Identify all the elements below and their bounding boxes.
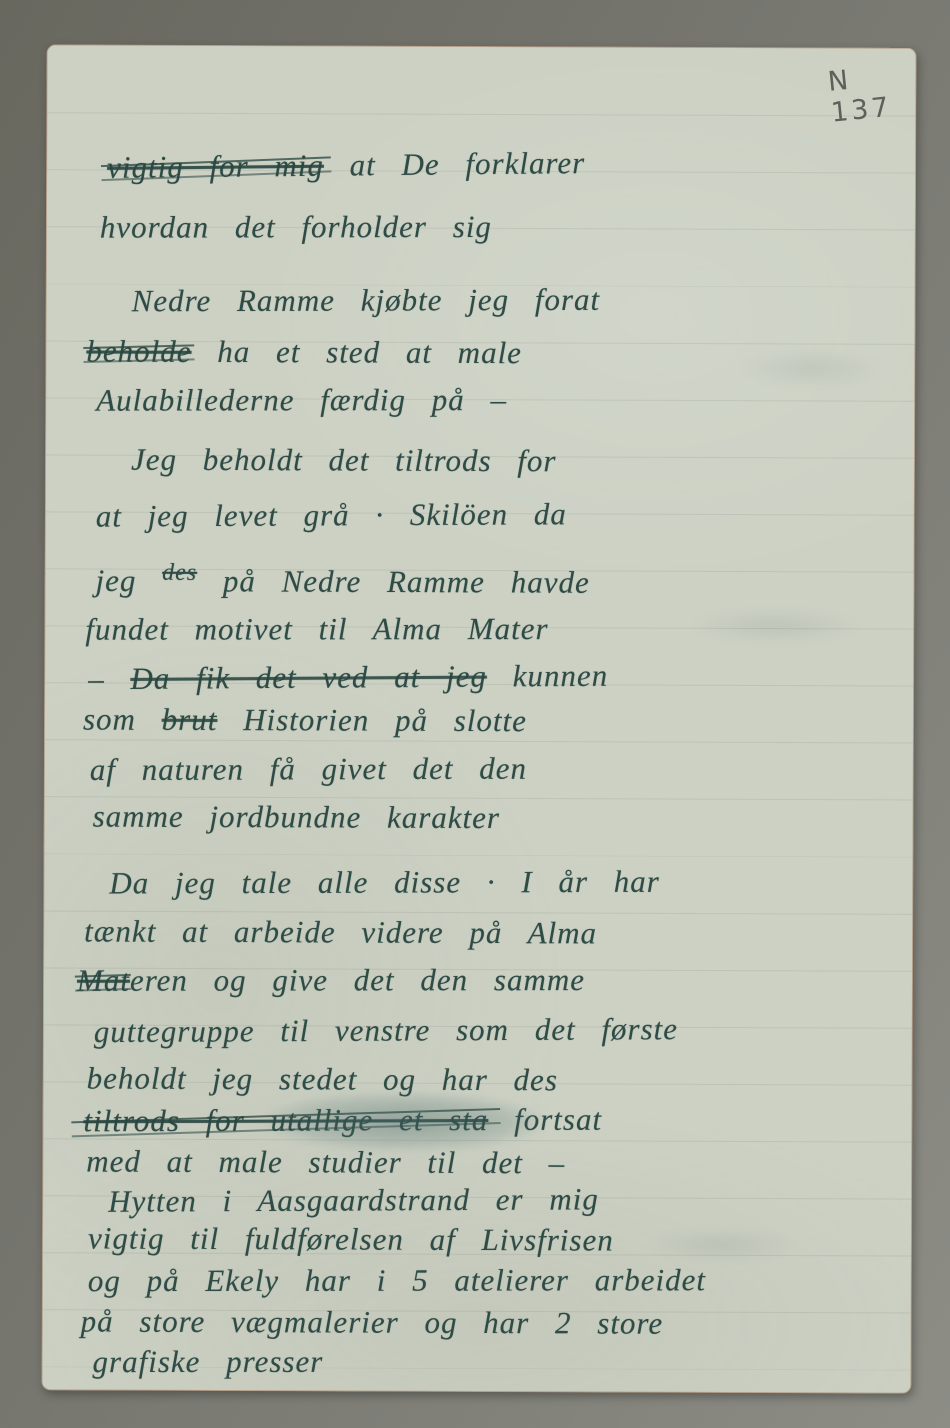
manuscript-line: Aulabillederne færdig på – [96, 384, 507, 416]
handwriting-segment: Da jeg tale alle disse · I år har [109, 864, 660, 901]
handwriting-segment: vigtig til fuldførelsen af Livsfrisen [88, 1221, 614, 1258]
handwriting-segment: eren og give det den samme [130, 962, 585, 998]
manuscript-line: at jeg levet grå · Skilöen da [96, 498, 567, 531]
handwriting-segment: ha et sted at male [191, 334, 522, 370]
manuscript-line: tiltrods for utallige et sta fortsat [83, 1104, 602, 1137]
handwriting-segment: på Nedre Ramme havde [197, 563, 590, 600]
handwriting-segment: som [83, 701, 162, 736]
manuscript-line: guttegruppe til venstre som det første [94, 1013, 678, 1047]
manuscript-text: vigtig for mig at De forklarerhvordan de… [48, 45, 916, 48]
manuscript-line: vigtig til fuldførelsen af Livsfrisen [88, 1223, 614, 1256]
ink-showthrough [643, 1228, 803, 1263]
handwriting-segment: grafiske presser [93, 1344, 324, 1379]
manuscript-line: grafiske presser [93, 1346, 324, 1377]
handwriting-segment: hvordan det forholder sig [100, 209, 492, 245]
handwriting-segment: af naturen få givet det den [90, 751, 527, 787]
handwriting-segment: fundet motivet til Alma Mater [85, 611, 548, 647]
handwriting-segment: fortsat [488, 1102, 602, 1137]
manuscript-line: Nedre Ramme kjøbte jeg forat [132, 284, 601, 316]
handwriting-segment: tænkt at arbeide videre på Alma [84, 913, 597, 950]
ink-showthrough [736, 348, 886, 389]
manuscript-line: vigtig for mig at De forklarer [107, 147, 585, 183]
handwriting-segment: guttegruppe til venstre som det første [94, 1011, 678, 1049]
handwriting-segment: Nedre Ramme kjøbte jeg forat [132, 282, 601, 318]
manuscript-line: Hytten i Aasgaardstrand er mig [108, 1183, 599, 1216]
manuscript-line: beholde ha et sted at male [86, 335, 522, 368]
handwriting-segment-sup: des [162, 560, 197, 586]
scan-background: N 137 vigtig for mig at De forklarerhvor… [0, 0, 950, 1428]
catalog-number: N 137 [827, 58, 919, 128]
handwriting-segment: at jeg levet grå · Skilöen da [96, 496, 567, 533]
handwriting-segment: Aulabillederne færdig på – [96, 382, 507, 418]
manuscript-line: Jeg beholdt det tiltrods for [131, 444, 557, 477]
handwriting-segment-scribble: vigtig for mig [107, 148, 324, 185]
handwriting-segment-scribble: tiltrods for utallige et sta [83, 1102, 488, 1138]
handwriting-segment: Jeg beholdt det tiltrods for [131, 442, 557, 479]
handwriting-segment: jeg [95, 563, 162, 598]
handwriting-segment: med at male studier til det – [86, 1143, 565, 1180]
handwriting-segment: kunnen [487, 658, 609, 694]
manuscript-line: beholdt jeg stedet og har des [87, 1062, 558, 1095]
manuscript-line: af naturen få givet det den [90, 753, 527, 785]
handwriting-segment-struck: brut [162, 702, 218, 737]
handwriting-segment-struck: Da fik det ved at jeg [130, 659, 487, 696]
handwriting-segment: på store vægmalerier og har 2 store [81, 1303, 664, 1340]
handwriting-segment: og på Ekely har i 5 atelierer arbeidet [88, 1262, 706, 1298]
manuscript-line: som brut Historien på slotte [83, 703, 527, 736]
manuscript-line: fundet motivet til Alma Mater [85, 613, 548, 645]
handwriting-segment: Historien på slotte [217, 702, 527, 738]
manuscript-line: tænkt at arbeide videre på Alma [84, 915, 597, 948]
handwriting-segment: Hytten i Aasgaardstrand er mig [108, 1181, 599, 1218]
handwriting-segment-scribble: Mat [77, 963, 130, 998]
manuscript-line: – Da fik det ved at jeg kunnen [88, 660, 608, 694]
manuscript-line: og på Ekely har i 5 atelierer arbeidet [88, 1264, 706, 1296]
manuscript-line: samme jordbundne karakter [93, 801, 501, 834]
manuscript-line: Materen og give det den samme [77, 964, 585, 996]
manuscript-paper: N 137 vigtig for mig at De forklarerhvor… [41, 44, 916, 1393]
handwriting-segment: beholdt jeg stedet og har des [87, 1060, 558, 1097]
handwriting-segment-scribble: beholde [86, 333, 191, 368]
handwriting-segment: at De forklarer [324, 145, 586, 183]
handwriting-segment: samme jordbundne karakter [93, 799, 501, 836]
manuscript-line: jeg des på Nedre Ramme havde [95, 561, 589, 598]
manuscript-line: på store vægmalerier og har 2 store [81, 1305, 664, 1338]
manuscript-line: med at male studier til det – [86, 1145, 565, 1178]
handwriting-segment: – [88, 661, 130, 696]
ink-showthrough [685, 608, 865, 645]
manuscript-line: Da jeg tale alle disse · I år har [109, 866, 660, 899]
manuscript-line: hvordan det forholder sig [100, 211, 492, 243]
